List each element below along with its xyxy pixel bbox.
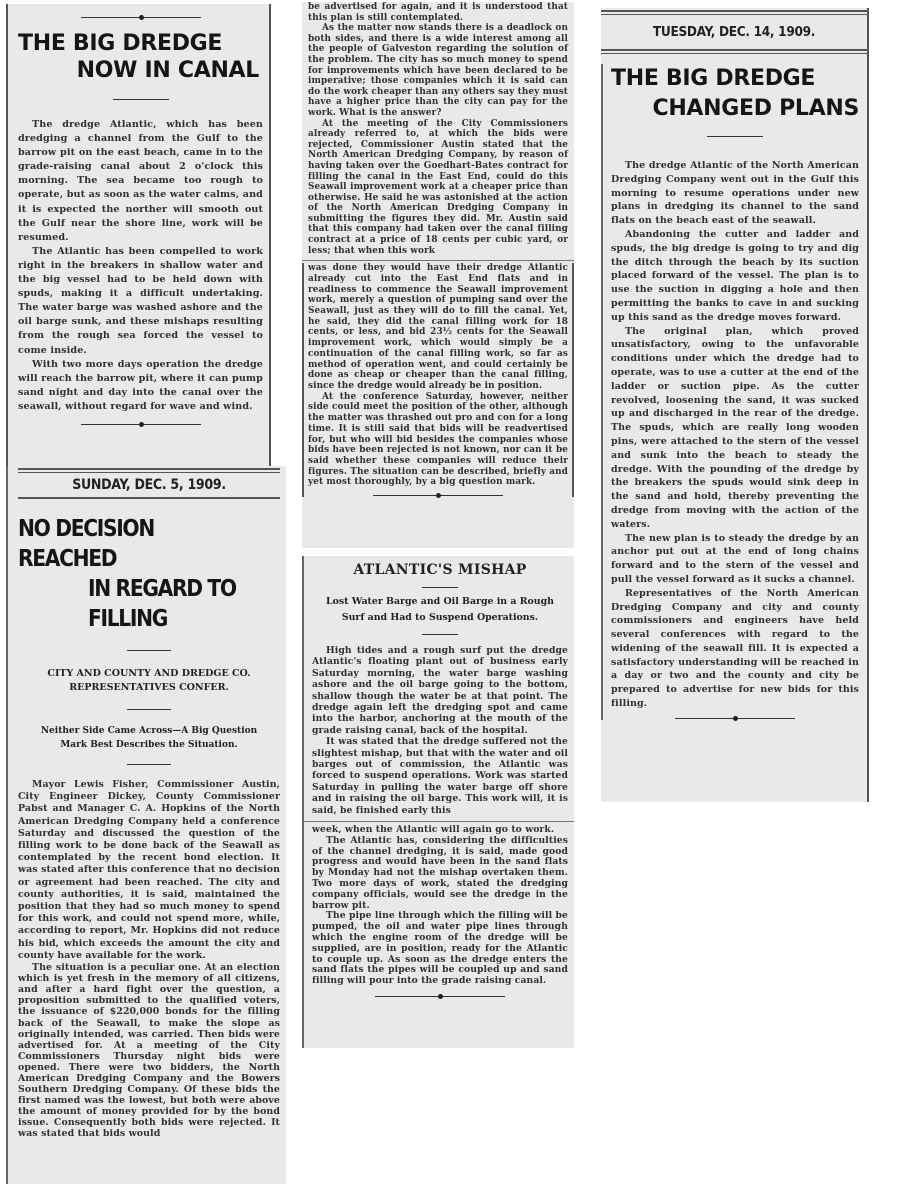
- paragraph: The Atlantic has been compelled to work …: [18, 245, 263, 358]
- ornament-rule: [373, 494, 503, 497]
- paragraph: At the conference Saturday, however, nei…: [308, 392, 568, 488]
- headline-line-2: IN REGARD TO FILLING: [88, 574, 257, 634]
- paragraph: The original plan, which proved unsatisf…: [611, 325, 859, 532]
- paragraph: The dredge Atlantic, which has been dred…: [18, 118, 263, 245]
- headline-line-1: NO DECISION REACHED: [18, 514, 249, 574]
- subheadline: Lost Water Barge and Oil Barge in a Roug…: [312, 594, 568, 626]
- subheadline-question-mark: Neither Side Came Across—A Big Question …: [18, 724, 280, 752]
- article-no-decision-reached-continued: be advertised for again, and it is under…: [302, 2, 574, 548]
- dateline: SUNDAY, DEC. 5, 1909.: [18, 473, 280, 497]
- subheadline-city-county: CITY AND COUNTY AND DREDGE CO. REPRESENT…: [18, 667, 280, 695]
- article-big-dredge-now-in-canal: THE BIG DREDGE NOW IN CANAL The dredge A…: [6, 4, 271, 466]
- dateline: TUESDAY, DEC. 14, 1909.: [609, 15, 859, 49]
- paragraph: With two more days operation the dredge …: [18, 358, 263, 414]
- ornament-rule: [81, 16, 201, 19]
- headline-line-1: THE BIG DREDGE: [611, 64, 859, 94]
- paragraph: The Atlantic has, considering the diffic…: [312, 836, 568, 912]
- divider: [707, 136, 763, 137]
- paragraph: The dredge Atlantic of the North America…: [611, 159, 859, 228]
- ornament-rule: [375, 995, 505, 998]
- column-break: [302, 260, 574, 261]
- headline-line-2: CHANGED PLANS: [611, 94, 859, 124]
- divider: [127, 764, 171, 765]
- divider: [127, 709, 171, 710]
- paragraph: The new plan is to steady the dredge by …: [611, 532, 859, 587]
- paragraph: be advertised for again, and it is under…: [308, 2, 568, 23]
- divider: [422, 634, 458, 635]
- paragraph: It was stated that the dredge suffered n…: [312, 736, 568, 816]
- paragraph: The pipe line through which the filling …: [312, 911, 568, 987]
- article-no-decision-reached: SUNDAY, DEC. 5, 1909. NO DECISION REACHE…: [6, 466, 286, 1184]
- paragraph: was done they would have their dredge At…: [308, 263, 568, 391]
- article-atlantics-mishap: ATLANTIC'S MISHAP Lost Water Barge and O…: [302, 556, 574, 1048]
- divider: [113, 99, 169, 100]
- headline-line-1: THE BIG DREDGE: [18, 31, 263, 57]
- dateline-rule-bottom: [601, 49, 867, 54]
- paragraph: Representatives of the North American Dr…: [611, 587, 859, 711]
- article-big-dredge-changed-plans: TUESDAY, DEC. 14, 1909. THE BIG DREDGE C…: [601, 8, 869, 802]
- headline-line-2: NOW IN CANAL: [18, 57, 263, 85]
- paragraph: Abandoning the cutter and ladder and spu…: [611, 228, 859, 325]
- dateline-rule-bottom: [18, 497, 280, 500]
- ornament-rule: [81, 423, 201, 426]
- divider: [127, 650, 171, 651]
- paragraph: The situation is a peculiar one. At an e…: [18, 962, 280, 1140]
- paragraph: Mayor Lewis Fisher, Commissioner Austin,…: [18, 779, 280, 962]
- paragraph: High tides and a rough surf put the dred…: [312, 645, 568, 736]
- headline: ATLANTIC'S MISHAP: [312, 560, 568, 580]
- column-break: [304, 821, 574, 822]
- divider: [422, 587, 458, 588]
- paragraph: At the meeting of the City Commissioners…: [308, 119, 568, 257]
- ornament-rule: [675, 717, 795, 720]
- paragraph: As the matter now stands there is a dead…: [308, 23, 568, 118]
